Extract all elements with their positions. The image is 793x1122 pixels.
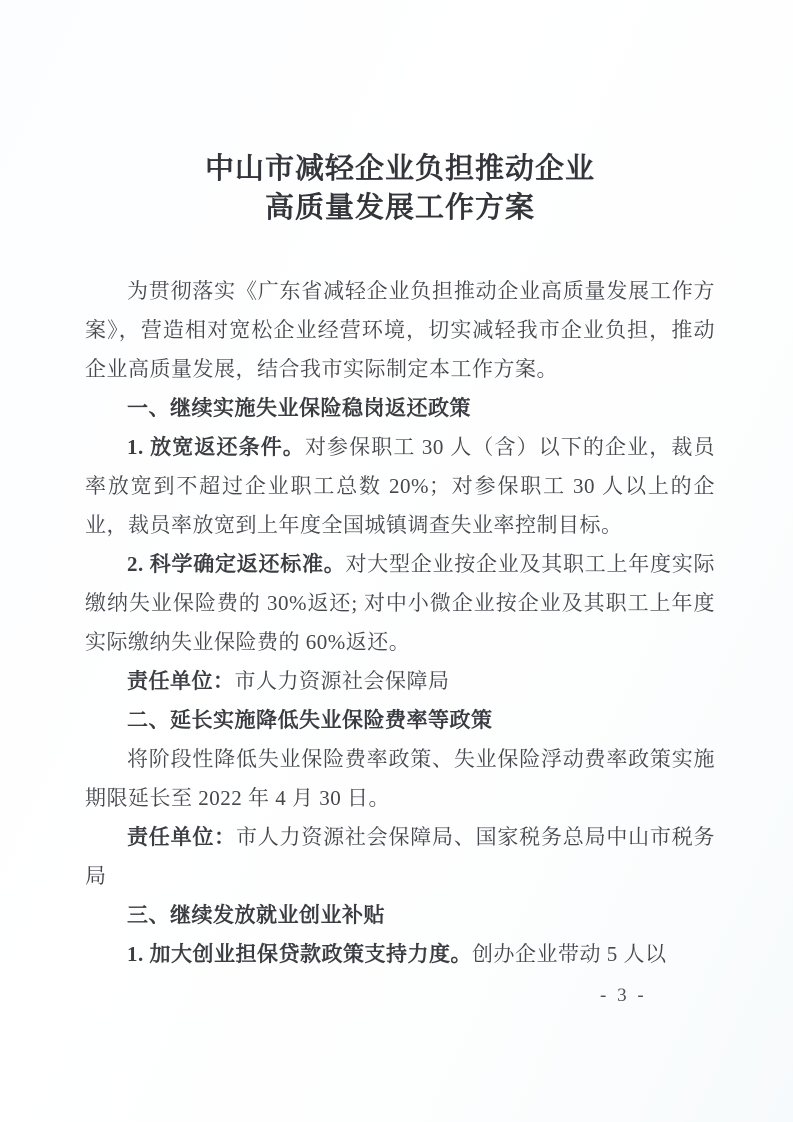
item-lead: 1. 放宽返还条件。 bbox=[127, 435, 305, 459]
responsibility-unit-1: 责任单位：市人力资源社会保障局 bbox=[85, 662, 715, 701]
responsibility-value: 市人力资源社会保障局 bbox=[235, 669, 450, 693]
responsibility-unit-2: 责任单位：市人力资源社会保障局、国家税务总局中山市税务局 bbox=[85, 818, 715, 896]
section-heading-1: 一、继续实施失业保险稳岗返还政策 bbox=[85, 389, 715, 428]
section-heading-2: 二、延长实施降低失业保险费率等政策 bbox=[85, 701, 715, 740]
paragraph-text: 为贯彻落实《广东省减轻企业负担推动企业高质量发展工作方案》，营造相对宽松企业经营… bbox=[85, 279, 715, 381]
paragraph-item-3-1: 1. 加大创业担保贷款政策支持力度。创办企业带动 5 人以 bbox=[85, 935, 715, 974]
document-title-line2: 高质量发展工作方案 bbox=[265, 192, 535, 224]
paragraph-text: 将阶段性降低失业保险费率政策、失业保险浮动费率政策实施期限延长至 2022 年 … bbox=[85, 747, 715, 810]
document-content-area: 中山市减轻企业负担推动企业 高质量发展工作方案 为贯彻落实《广东省减轻企业负担推… bbox=[85, 150, 715, 974]
paragraph-item-1-1: 1. 放宽返还条件。对参保职工 30 人（含）以下的企业，裁员率放宽到不超过企业… bbox=[85, 428, 715, 545]
paragraph-intro: 为贯彻落实《广东省减轻企业负担推动企业高质量发展工作方案》，营造相对宽松企业经营… bbox=[85, 272, 715, 389]
item-lead: 2. 科学确定返还标准。 bbox=[127, 552, 346, 576]
document-title: 中山市减轻企业负担推动企业 高质量发展工作方案 bbox=[85, 150, 715, 228]
document-title-line1: 中山市减轻企业负担推动企业 bbox=[205, 153, 595, 185]
responsibility-label: 责任单位： bbox=[127, 825, 236, 849]
item-body: 创办企业带动 5 人以 bbox=[472, 942, 667, 966]
page-number: - 3 - bbox=[600, 985, 647, 1007]
item-lead: 1. 加大创业担保贷款政策支持力度。 bbox=[127, 942, 472, 966]
section-heading-3: 三、继续发放就业创业补贴 bbox=[85, 896, 715, 935]
paragraph-item-1-2: 2. 科学确定返还标准。对大型企业按企业及其职工上年度实际缴纳失业保险费的 30… bbox=[85, 545, 715, 662]
responsibility-label: 责任单位： bbox=[127, 669, 235, 693]
paragraph-section-2: 将阶段性降低失业保险费率政策、失业保险浮动费率政策实施期限延长至 2022 年 … bbox=[85, 740, 715, 818]
scanned-document-page: 中山市减轻企业负担推动企业 高质量发展工作方案 为贯彻落实《广东省减轻企业负担推… bbox=[0, 0, 793, 1122]
